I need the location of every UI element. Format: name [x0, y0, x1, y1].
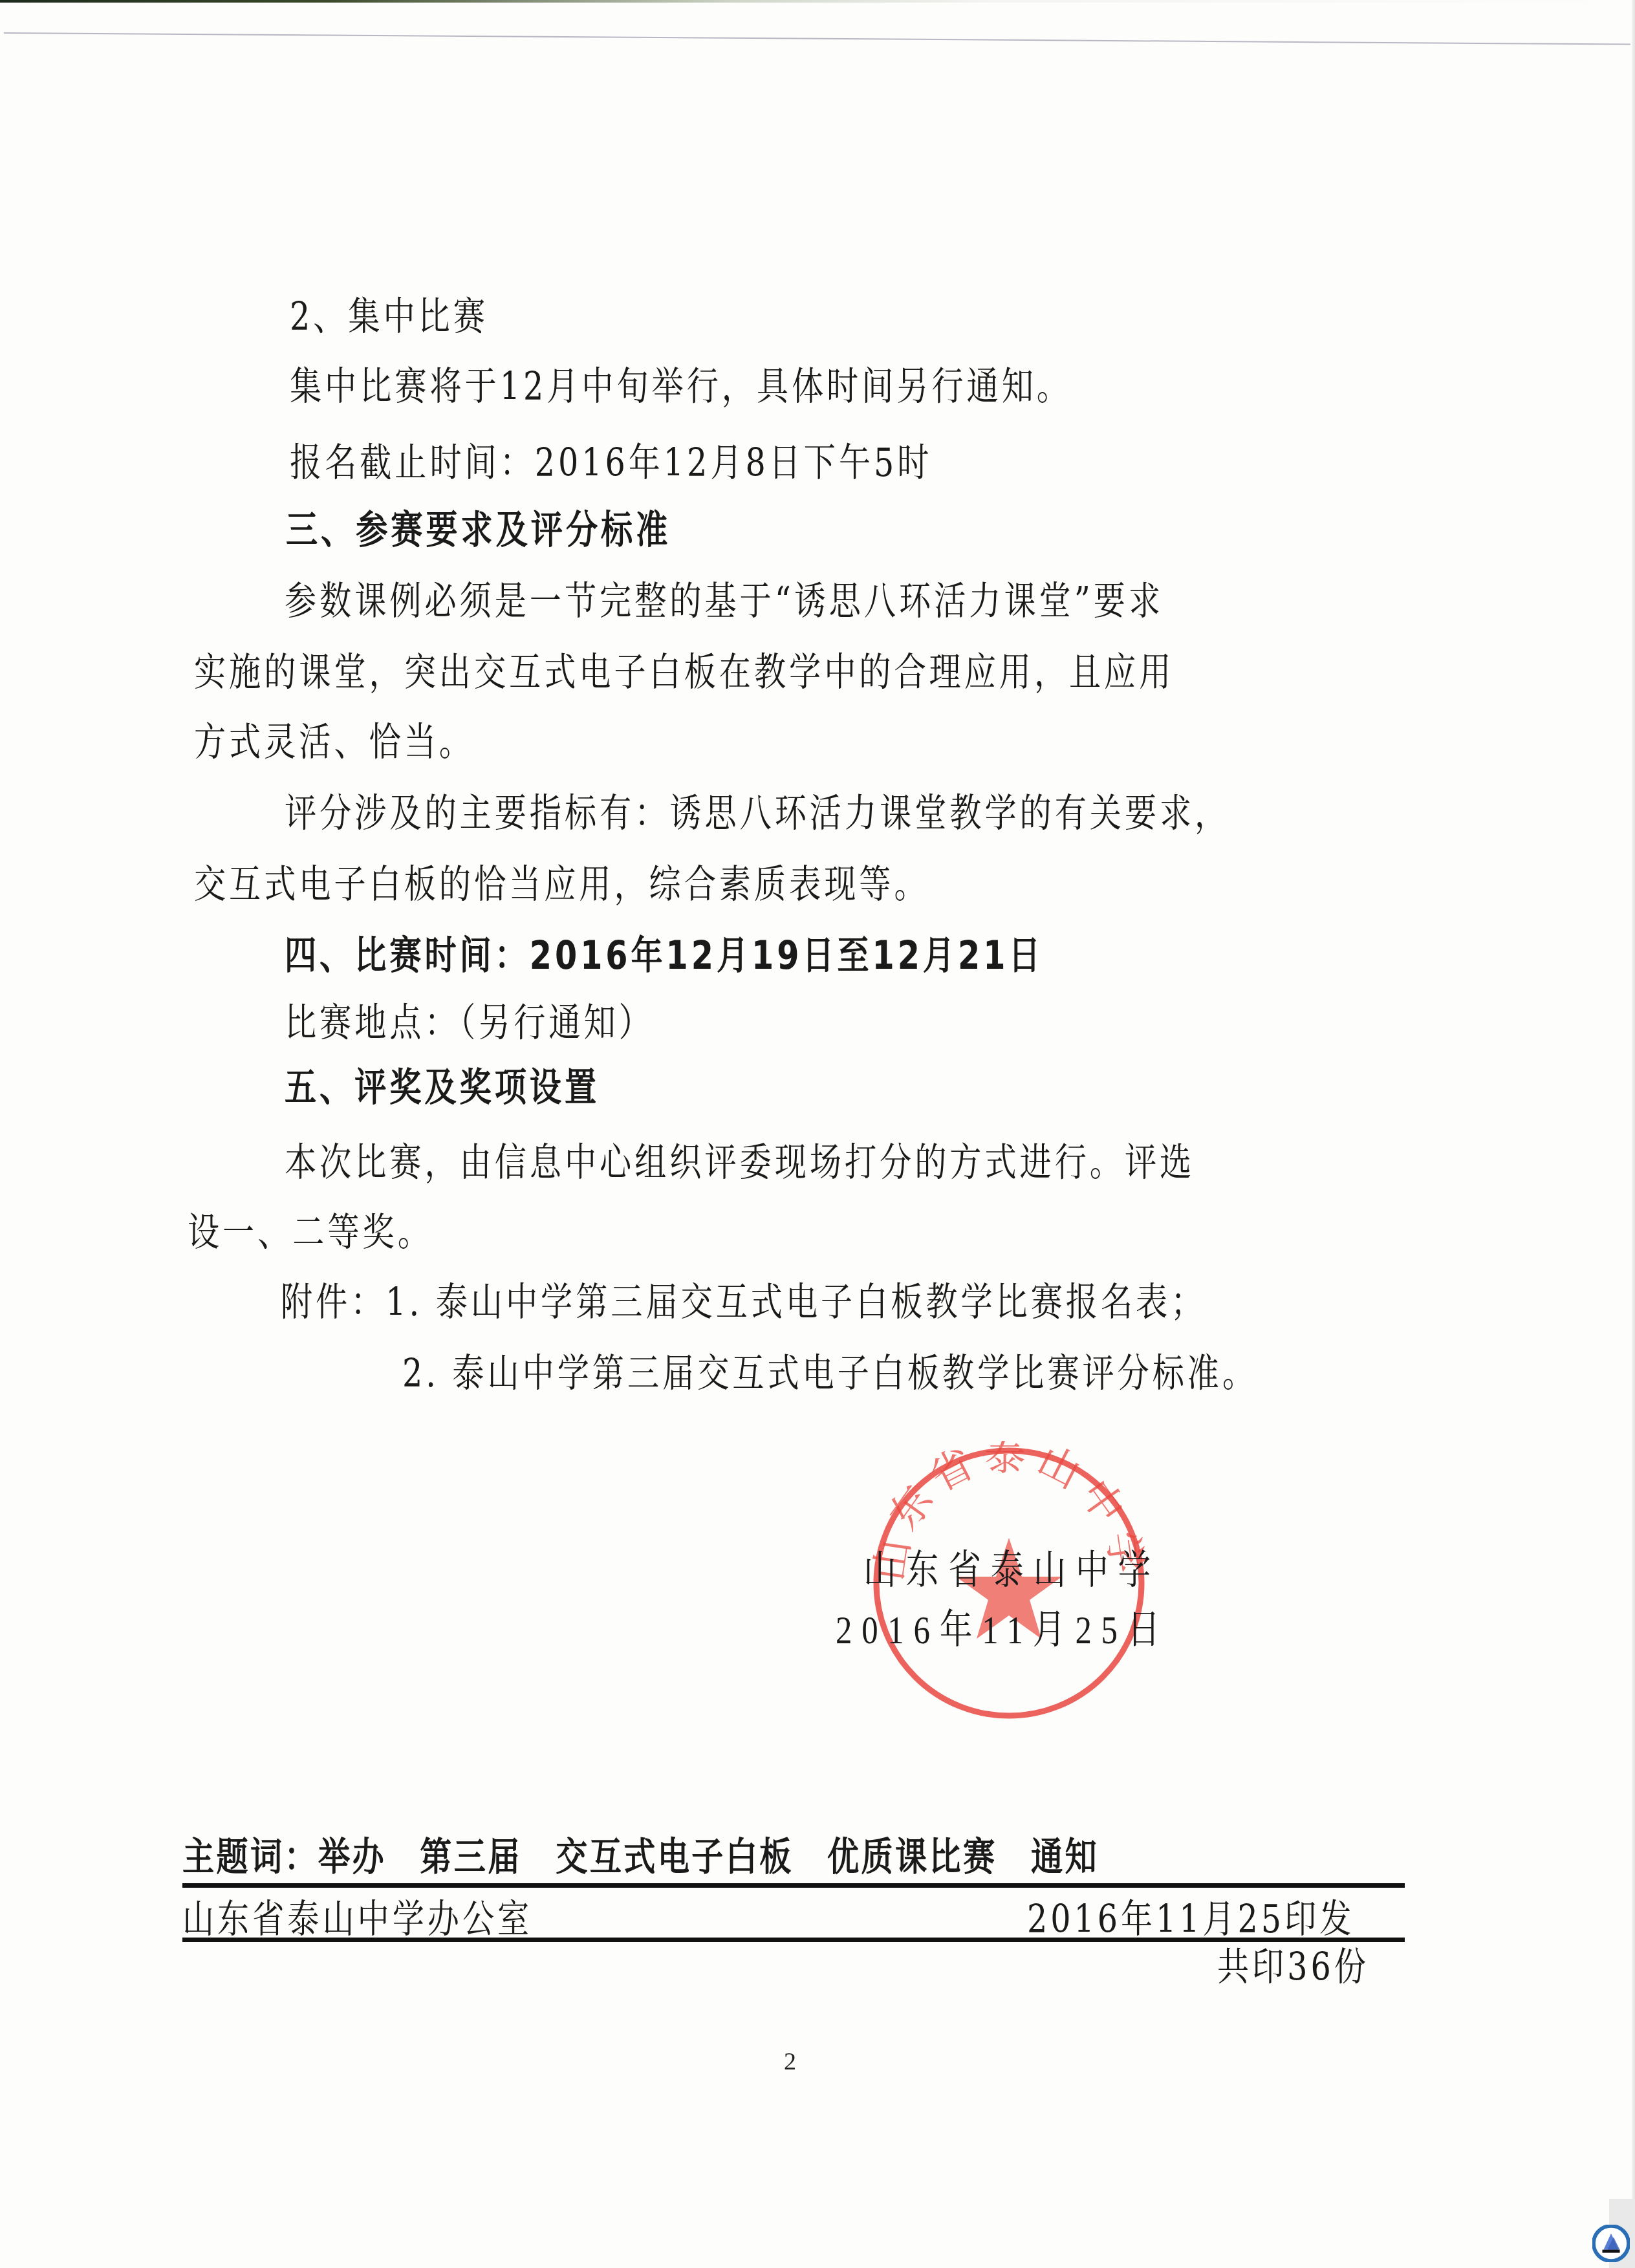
attachment-2: 2. 泰山中学第三届交互式电子白板教学比赛评分标准。	[402, 1354, 1257, 1393]
scan-edge-right	[1632, 0, 1635, 2268]
section-5-heading: 五、评奖及奖项设置	[285, 1068, 600, 1107]
section-3-para2-line2: 交互式电子白板的恰当应用，综合素质表现等。	[194, 865, 929, 904]
issue-date: 2016年11月25印发	[1027, 1900, 1354, 1939]
section-3-para1-line1: 参数课例必须是一节完整的基于“诱思八环活力课堂”要求	[285, 582, 1164, 621]
section-2-body: 集中比赛将于12月中旬举行，具体时间另行通知。	[290, 367, 1072, 406]
keywords-line: 主题词：举办 第三届 交互式电子白板 优质课比赛 通知	[182, 1838, 1099, 1877]
attachment-1: 附件：1. 泰山中学第三届交互式电子白板教学比赛报名表；	[281, 1283, 1206, 1322]
section-3-para1-line3: 方式灵活、恰当。	[194, 723, 474, 762]
section-5-line2: 设一、二等奖。	[188, 1213, 433, 1252]
page-number: 2	[784, 2047, 796, 2076]
scan-artifact-line	[4, 32, 1630, 45]
section-5-line1: 本次比赛，由信息中心组织评委现场打分的方式进行。评选	[285, 1143, 1195, 1182]
section-4-heading: 四、比赛时间：2016年12月19日至12月21日	[285, 936, 1043, 975]
scan-edge-top	[0, 0, 1635, 3]
issuer-office: 山东省泰山中学办公室	[182, 1900, 532, 1939]
signature-date: 2016年11月25日	[836, 1610, 1169, 1650]
section-3-para2-line1: 评分涉及的主要指标有：诱思八环活力课堂教学的有关要求，	[285, 794, 1229, 833]
section-4-location: 比赛地点：（另行通知）	[285, 1004, 654, 1042]
copies-count: 共印36份	[1217, 1948, 1369, 1987]
registration-deadline: 报名截止时间：2016年12月8日下午5时	[290, 444, 932, 482]
signature-organization: 山东省泰山中学	[863, 1551, 1160, 1591]
section-2-heading: 2、集中比赛	[290, 297, 488, 336]
section-3-para1-line2: 实施的课堂，突出交互式电子白板在教学中的合理应用，且应用	[194, 653, 1174, 692]
school-logo-icon	[1592, 2225, 1630, 2262]
section-3-heading: 三、参赛要求及评分标准	[286, 511, 671, 550]
keywords-rule	[182, 1883, 1405, 1888]
issuer-rule	[182, 1938, 1405, 1942]
